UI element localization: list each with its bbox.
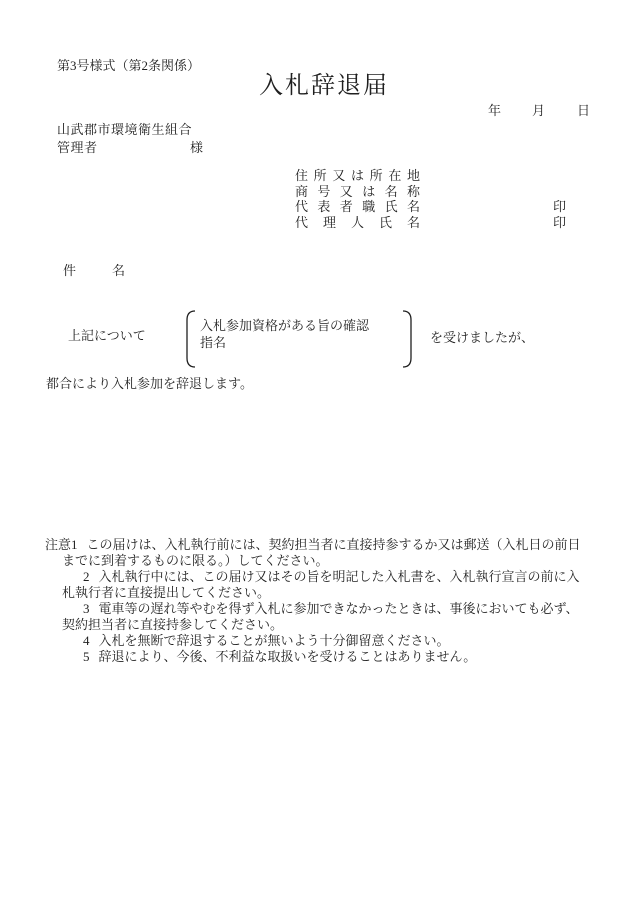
note-text-5: 辞退により、今後、不利益な取扱いを受けることはありません。 [99, 649, 477, 664]
note-label-2: 2 [83, 569, 90, 584]
date-year-label: 年 [488, 103, 501, 119]
note-text-1: この届けは、入札執行前には、契約担当者に直接持参するか又は郵送（入札日の前日まで… [62, 537, 581, 568]
note-item-4: 4入札を無断で辞退することが無いよう十分御留意ください。 [45, 633, 587, 649]
date-line: 年 月 日 [0, 103, 630, 119]
note-text-3: 電車等の遅れ等やむを得ず入札に参加できなかったときは、事後においても必ず、契約担… [62, 601, 578, 632]
note-label-1: 注意1 [45, 537, 78, 552]
field-label-representative: 代表者職氏名 [295, 199, 420, 215]
left-bracket-icon [183, 310, 197, 372]
statement-suffix: を受けましたが、 [430, 330, 534, 346]
subject-label-second-char: 名 [112, 263, 125, 278]
statement-option-qualification: 入札参加資格がある旨の確認 [200, 318, 369, 335]
recipient-role: 管理者 [57, 140, 98, 156]
date-day-label: 日 [577, 103, 590, 119]
field-label-address: 住所又は所在地 [295, 168, 420, 184]
date-month-label: 月 [532, 103, 545, 119]
notes-section: 注意1この届けは、入札執行前には、契約担当者に直接持参するか又は郵送（入札日の前… [45, 537, 587, 665]
bid-withdrawal-form-page: 第3号様式（第2条関係） 入札辞退届 年 月 日 山武郡市環境衛生組合 管理者 … [0, 0, 630, 903]
recipient-honorific: 様 [190, 140, 203, 156]
page-title: 入札辞退届 [259, 72, 389, 100]
field-row-address: 住所又は所在地 [295, 168, 585, 184]
note-label-5: 5 [83, 649, 90, 664]
form-number: 第3号様式（第2条関係） [57, 58, 200, 74]
note-label-4: 4 [83, 633, 90, 648]
statement-option-nomination: 指名 [200, 335, 369, 352]
note-item-2: 2入札執行中には、この届け又はその旨を明記した入札書を、入札執行宣言の前に入札執… [45, 569, 587, 601]
note-item-1: 注意1この届けは、入札執行前には、契約担当者に直接持参するか又は郵送（入札日の前… [45, 537, 587, 569]
seal-mark-representative: 印 [553, 199, 566, 215]
subject-label-first-char: 件 [63, 263, 76, 278]
statement-conclusion: 都合により入札参加を辞退します。 [46, 376, 253, 392]
recipient-organization: 山武郡市環境衛生組合 [57, 122, 192, 138]
subject-label: 件名 [63, 263, 125, 279]
field-label-agent: 代理人氏名 [295, 215, 420, 231]
note-item-5: 5辞退により、今後、不利益な取扱いを受けることはありません。 [45, 649, 587, 665]
statement-options: 入札参加資格がある旨の確認 指名 [200, 318, 369, 351]
note-text-2: 入札執行中には、この届け又はその旨を明記した入札書を、入札執行宣言の前に入札執行… [62, 569, 580, 600]
field-row-trade-name: 商号又は名称 [295, 184, 585, 200]
recipient-role-line: 管理者 様 [57, 140, 357, 156]
field-row-representative: 代表者職氏名 印 [295, 199, 585, 215]
seal-mark-agent: 印 [553, 215, 566, 231]
applicant-fields-block: 住所又は所在地 商号又は名称 代表者職氏名 印 代理人氏名 印 [295, 168, 585, 230]
field-row-agent: 代理人氏名 印 [295, 215, 585, 231]
right-bracket-icon [401, 310, 415, 372]
field-label-trade-name: 商号又は名称 [295, 184, 420, 200]
note-label-3: 3 [83, 601, 90, 616]
note-item-3: 3電車等の遅れ等やむを得ず入札に参加できなかったときは、事後においても必ず、契約… [45, 601, 587, 633]
note-text-4: 入札を無断で辞退することが無いよう十分御留意ください。 [99, 633, 450, 648]
statement-prefix: 上記について [68, 328, 146, 344]
